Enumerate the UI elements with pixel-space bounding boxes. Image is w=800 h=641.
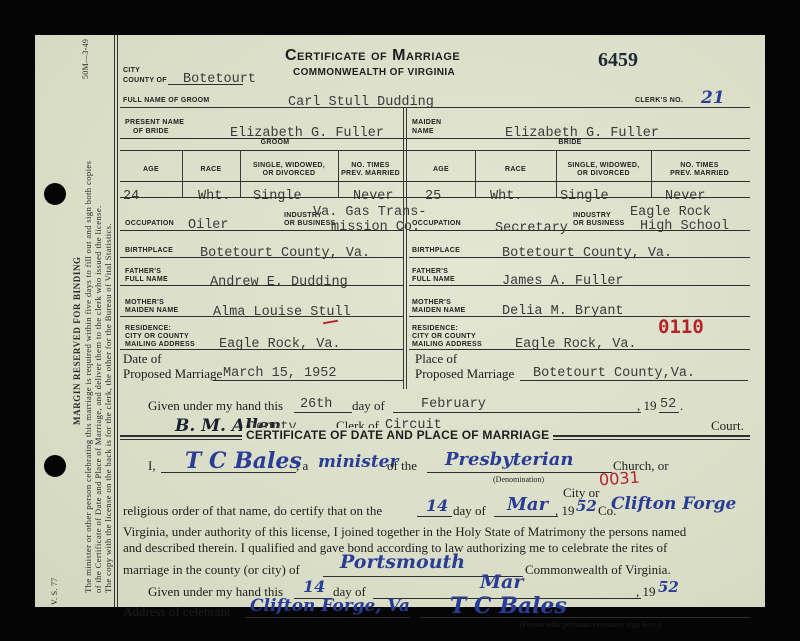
city-label: CITY [123,67,140,75]
license-given-day: 26th [300,397,332,412]
license-year-prefix: , 19 [637,398,657,414]
maiden-label-1: MAIDEN [412,119,441,127]
bride-heading: BRIDE [530,139,610,147]
date-label-1: Date of [123,351,162,367]
groom-status-header-1: SINGLE, WIDOWED, [240,162,338,170]
place-value: Botetourt County,Va. [533,366,695,381]
bride-industry-1: Eagle Rock [630,205,711,220]
ceremony-line-2: religious order of that name, do certify… [123,503,382,519]
place-label-2: Proposed Marriage [415,366,514,382]
bride-age-header: AGE [407,166,475,174]
margin-heading: MARGIN RESERVED FOR BINDING [72,256,82,425]
ceremony-day: 14 [426,496,448,515]
bride-residence-label-1: RESIDENCE: [412,325,458,333]
ceremony-given-day: 14 [303,577,325,596]
license-day-line [294,412,352,413]
bride-times-header-1: NO. TIMES [651,162,748,170]
margin-line-2: of the Certificate of Date and Place of … [93,205,103,593]
bride-present-label-1: PRESENT NAME [125,119,184,127]
bride-occupation-line [409,230,750,231]
address-label: Address of celebrant [123,604,231,620]
denomination-value: Presbyterian [445,449,574,470]
license-given-year: 52 [660,397,676,412]
bride-industry-label-2: OR BUSINESS [573,220,625,228]
bride-father-label-1: FATHER'S [412,268,448,276]
bride-father-line [409,285,750,286]
margin-line-1: The minister or other person celebrating… [83,161,93,593]
bride-occupation: Secretary [495,221,568,236]
ceremony-given-month: Mar [480,571,523,593]
bride-race-header: RACE [475,166,556,174]
ceremony-day-line [417,516,452,517]
place-label-1: Place of [415,351,457,367]
groom-father-label-1: FATHER'S [125,268,161,276]
groom-name-label: FULL NAME OF GROOM [123,97,210,105]
table-top-line [120,150,750,151]
ceremony-place: Clifton Forge [611,494,736,514]
margin-line-3: The copy with the license on the back is… [103,223,113,593]
bride-residence-line [409,349,750,350]
bride-present-label-2: OF BRIDE [133,128,169,136]
ceremony-year: 52 [576,497,597,515]
ceremony-of-the: of the [387,458,417,474]
clerk-no-label: CLERK'S NO. [635,97,683,105]
bride-times-header-2: PREV. MARRIED [651,170,748,178]
groom-status-header-2: OR DIVORCED [240,170,338,178]
print-code: 50M—3-49 [81,39,90,79]
groom-mother: Alma Louise Stull [213,305,351,320]
celebrant-signature: T C Bales [450,593,567,619]
header-row-line [120,181,750,182]
license-given-month: February [421,397,486,412]
groom-mother-label-2: MAIDEN NAME [125,307,178,315]
groom-heading: GROOM [235,139,315,147]
bride-father-label-2: FULL NAME [412,276,455,284]
groom-name-line [120,107,750,108]
ceremony-line-5: marriage in the county (or city) of [123,562,300,578]
license-period: . [680,398,683,414]
bride-birthplace-label: BIRTHPLACE [412,247,460,255]
ceremony-heading: CERTIFICATE OF DATE AND PLACE OF MARRIAG… [242,428,553,442]
county-label: COUNTY OF [123,77,167,85]
court-label: Court. [711,418,744,434]
date-label-2: Proposed Marriage [123,366,222,382]
punch-hole-bottom [44,455,66,477]
maiden-label-2: NAME [412,128,434,136]
bride-status-header-2: OR DIVORCED [556,170,651,178]
clerk-no-value: 21 [701,88,725,108]
groom-occupation-line [120,230,403,231]
bride-status-header-1: SINGLE, WIDOWED, [556,162,651,170]
groom-father-label-2: FULL NAME [125,276,168,284]
ceremony-month-line [494,516,558,517]
groom-industry-label-2: OR BUSINESS [284,220,336,228]
bride-residence-label-2: CITY OR COUNTY [412,333,476,341]
margin-divider [114,35,118,607]
certificate-title: Certificate of Marriage [285,47,460,65]
ceremony-line-3: Virginia, under authority of this licens… [123,524,686,540]
denomination-caption: (Denomination) [493,475,544,484]
bride-father: James A. Fuller [502,274,624,289]
bride-mother-label-2: MAIDEN NAME [412,307,465,315]
groom-industry-2: mission Co. [331,220,420,235]
groom-times-header-1: NO. TIMES [338,162,403,170]
groom-occupation-label: OCCUPATION [125,220,174,228]
groom-father: Andrew E. Dudding [210,275,348,290]
groom-birthplace: Botetourt County, Va. [200,246,370,261]
certificate-number: 6459 [598,49,638,72]
bride-occupation-label: OCCUPATION [412,220,461,228]
bride-industry-label-1: INDUSTRY [573,212,611,220]
groom-mother-label-1: MOTHER'S [125,299,164,307]
groom-industry-1: Va. Gas Trans- [313,205,426,220]
license-month-line [393,412,641,413]
ceremony-a-label: , a [296,458,308,474]
bride-industry-2: High School [640,219,729,234]
license-given-dayof: day of [352,398,385,414]
ceremony-year-prefix: , 19 [555,503,575,519]
bride-residence-label-3: MAILING ADDRESS [412,341,482,349]
ceremony-month: Mar [507,494,548,515]
groom-residence-label-2: CITY OR COUNTY [125,333,189,341]
commonwealth-label: Commonwealth of Virginia. [525,562,671,578]
stamp-number-top: 0110 [658,316,704,338]
ceremony-i-label: I, [148,458,156,474]
groom-residence-line [120,349,403,350]
ceremony-day-of: day of [453,503,486,519]
groom-age-header: AGE [120,166,182,174]
celebrant-address: Clifton Forge, Va [250,596,410,616]
values-row-line [120,197,750,198]
groom-mother-line [120,316,403,317]
bride-birthplace: Botetourt County, Va. [502,246,672,261]
ceremony-given-year-prefix: , 19 [636,584,656,600]
groom-father-line [120,285,403,286]
bond-place: Portsmouth [340,551,465,573]
groom-residence-label-1: RESIDENCE: [125,325,171,333]
address-line [245,617,410,618]
officiant-name: T C Bales [185,448,302,474]
ceremony-given-year: 52 [658,578,679,596]
license-year-line [659,412,679,413]
groom-residence-label-3: MAILING ADDRESS [125,341,195,349]
groom-race-header: RACE [182,166,240,174]
certificate-paper: V. S. 77 50M—3-49 MARGIN RESERVED FOR BI… [35,35,765,607]
bride-birthplace-line [409,257,750,258]
denomination-line [427,472,612,473]
groom-times-header-2: PREV. MARRIED [338,170,403,178]
form-code: V. S. 77 [50,577,59,605]
county-value: Botetourt [183,72,256,87]
license-given-prefix: Given under my hand this [148,398,283,414]
stamp-number-bottom: 0031 [598,468,640,490]
names-line [120,138,750,139]
red-mark [323,320,338,325]
certificate-subtitle: COMMONWEALTH OF VIRGINIA [293,67,455,78]
bride-mother-label-1: MOTHER'S [412,299,451,307]
groom-birthplace-label: BIRTHPLACE [125,247,173,255]
groom-birthplace-line [120,257,403,258]
punch-hole-top [44,183,66,205]
date-value: March 15, 1952 [223,366,336,381]
signature-caption: (Person who performs ceremony sign here.… [520,620,660,629]
